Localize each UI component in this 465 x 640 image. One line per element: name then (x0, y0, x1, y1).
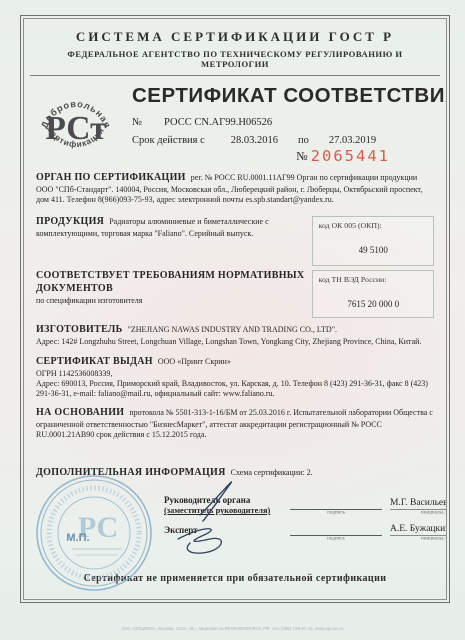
issued-to-ogrn: ОГРН 1142536008339, (36, 369, 112, 378)
printer-imprint: ЗАО «ОПЦИОН», Москва, 2015, «В», лицензи… (105, 626, 361, 631)
okp-code-label: код ОК 005 (ОКП): (319, 221, 382, 230)
product-section: ПРОДУКЦИЯРадиаторы алюминиевые и биметал… (36, 216, 434, 266)
expert-name: А.Е. Бужацкий инициалы, фамилия (390, 524, 447, 542)
header-text-column: СЕРТИФИКАТ СООТВЕТСТВИЯ №РОСС CN.АГ99.Н0… (132, 76, 434, 165)
certificate-number: РОСС CN.АГ99.Н06526 (164, 117, 272, 128)
conformity-section: СООТВЕТСТВУЕТ ТРЕБОВАНИЯМ НОРМАТИВНЫХ ДО… (36, 270, 434, 317)
number-sign: № (132, 117, 142, 128)
product-label: ПРОДУКЦИЯ (36, 216, 104, 227)
tnved-code-box: код ТН ВЭД России: 7615 20 000 0 (312, 270, 434, 317)
validity-label: Срок действия с (132, 135, 205, 146)
manufacturer-label: ИЗГОТОВИТЕЛЬ (36, 324, 123, 335)
valid-from-date: 28.03.2016 (231, 135, 278, 146)
head-label: Руководитель органа (заместитель руковод… (164, 495, 282, 516)
outer-border: СИСТЕМА СЕРТИФИКАЦИИ ГОСТ Р ФЕДЕРАЛЬНОЕ … (20, 15, 450, 603)
expert-signature-caption: подпись (297, 536, 375, 541)
expert-name-text: А.Е. Бужацкий (390, 524, 447, 536)
signature-rows: Руководитель органа (заместитель руковод… (164, 495, 434, 542)
head-name-text: М.Г. Васильева (390, 498, 447, 510)
issued-to-name: ООО «Принт Скрин» (158, 357, 231, 366)
issued-to-section: СЕРТИФИКАТ ВЫДАНООО «Принт Скрин» ОГРН 1… (36, 356, 434, 400)
head-sublabel: (заместитель руководителя) (164, 506, 282, 516)
manufacturer-name: "ZHEJIANG NAWAS INDUSTRY AND TRADING CO.… (128, 325, 337, 334)
tnved-code-value: 7615 20 000 0 (319, 299, 428, 311)
okp-code-box: код ОК 005 (ОКП): 49 5100 (312, 216, 434, 265)
valid-to-date: 27.03.2019 (329, 135, 376, 146)
certification-body-section: ОРГАН ПО СЕРТИФИКАЦИИрег. № РОСС RU.0001… (36, 172, 434, 205)
head-name: М.Г. Васильева инициалы, фамилия (390, 498, 447, 516)
expert-signature-line: подпись (290, 523, 382, 542)
blank-number-row: № 2065441 (132, 147, 390, 165)
round-stamp-icon: РС М.П. (32, 471, 156, 595)
inner-border: СИСТЕМА СЕРТИФИКАЦИИ ГОСТ Р ФЕДЕРАЛЬНОЕ … (23, 18, 447, 600)
signature-area: РС М.П. Руководитель органа (заместитель… (36, 495, 434, 569)
basis-label: НА ОСНОВАНИИ (36, 407, 124, 418)
conformity-label: СООТВЕТСТВУЕТ ТРЕБОВАНИЯМ НОРМАТИВНЫХ ДО… (36, 270, 307, 296)
stamp-mp-text: М.П. (66, 532, 89, 544)
expert-label: Эксперт (164, 525, 282, 542)
system-line: СИСТЕМА СЕРТИФИКАЦИИ ГОСТ Р (36, 29, 434, 45)
validity-row: Срок действия с28.03.2016по27.03.2019 (132, 135, 434, 146)
okp-code-value: 49 5100 (319, 245, 428, 257)
to-label: по (298, 135, 309, 146)
conformity-paragraph: СООТВЕТСТВУЕТ ТРЕБОВАНИЯМ НОРМАТИВНЫХ ДО… (36, 270, 312, 306)
agency-line: ФЕДЕРАЛЬНОЕ АГЕНТСТВО ПО ТЕХНИЧЕСКОМУ РЕ… (36, 49, 434, 69)
blank-number-sign: № (296, 149, 307, 163)
certification-body-label: ОРГАН ПО СЕРТИФИКАЦИИ (36, 172, 186, 183)
rst-certification-logo-icon: Добровольная сертификация РСт (34, 82, 118, 166)
basis-section: НА ОСНОВАНИИпротокола № 5501-313-1-16/БМ… (36, 407, 434, 440)
head-name-caption: инициалы, фамилия (397, 510, 447, 515)
expert-signature-row: Эксперт подпись А.Е. Бужацкий инициалы, … (164, 523, 434, 542)
head-signature-line: подпись (290, 497, 382, 516)
certificate-number-row: №РОСС CN.АГ99.Н06526 (132, 117, 434, 128)
issued-to-address: Адрес: 690013, Россия, Приморский край, … (36, 379, 428, 398)
head-signature-caption: подпись (297, 510, 375, 515)
conformity-text: по спецификации изготовителя (36, 296, 142, 305)
product-paragraph: ПРОДУКЦИЯРадиаторы алюминиевые и биметал… (36, 216, 312, 239)
document-title: СЕРТИФИКАТ СООТВЕТСТВИЯ (132, 84, 434, 108)
head-signature-row: Руководитель органа (заместитель руковод… (164, 495, 434, 516)
additional-info-text: Схема сертификации: 2. (231, 468, 313, 477)
head-label-text: Руководитель органа (164, 495, 250, 505)
expert-name-caption: инициалы, фамилия (397, 536, 447, 541)
tnved-code-label: код ТН ВЭД России: (319, 275, 387, 284)
manufacturer-section: ИЗГОТОВИТЕЛЬ"ZHEJIANG NAWAS INDUSTRY AND… (36, 324, 434, 347)
manufacturer-address: Адрес: 142# Longzhuhu Street, Longchuan … (36, 337, 421, 346)
certificate-document: СИСТЕМА СЕРТИФИКАЦИИ ГОСТ Р ФЕДЕРАЛЬНОЕ … (0, 0, 465, 640)
issued-to-label: СЕРТИФИКАТ ВЫДАН (36, 356, 153, 367)
header-row: Добровольная сертификация РСт СЕРТИФИКАТ… (36, 76, 434, 168)
blank-number: 2065441 (311, 147, 390, 165)
logo-rst-mark: РСт (45, 110, 107, 147)
